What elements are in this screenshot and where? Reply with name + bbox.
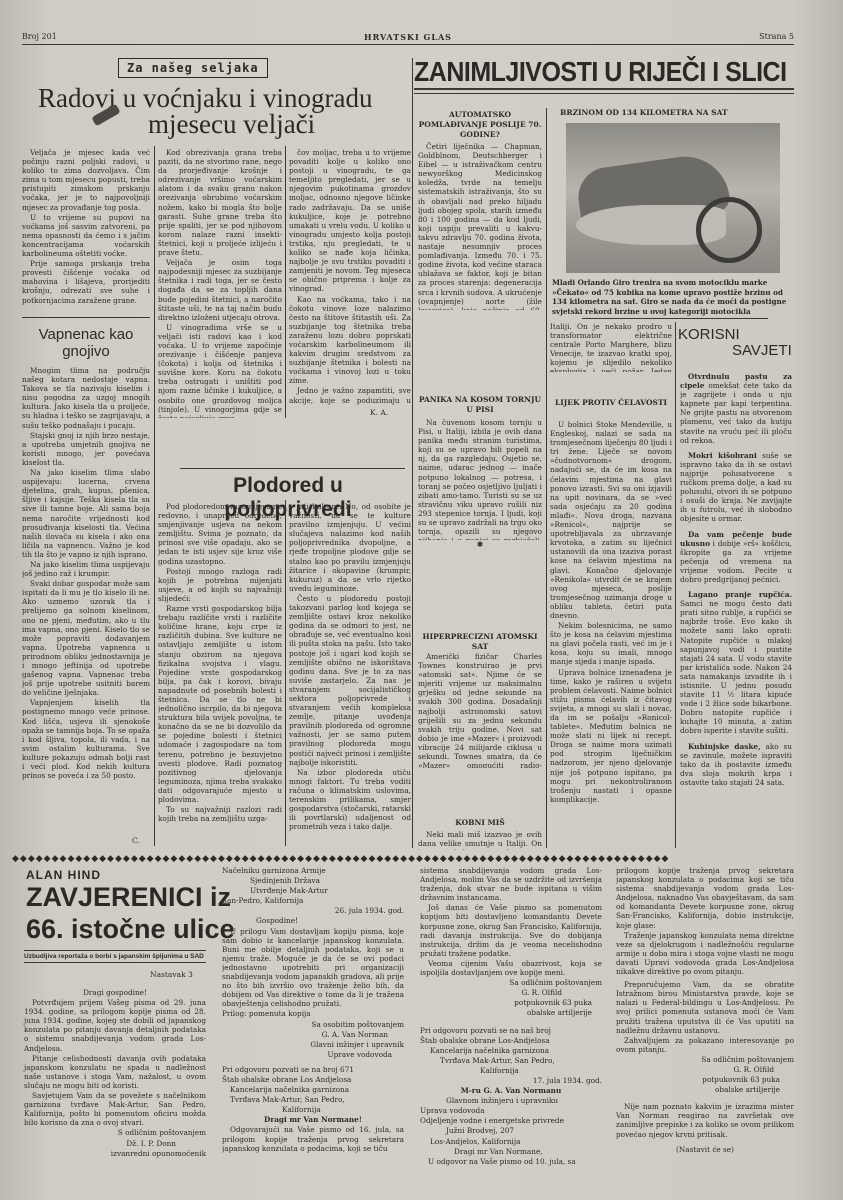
photo-title: BRZINOM OD 134 KILOMETRA NA SAT bbox=[560, 108, 790, 118]
photo-caption: Mladi Orlando Giro trenira na svom motoc… bbox=[552, 278, 790, 316]
tip: Da vam pečenje bude ukusno i dobije »rš«… bbox=[680, 530, 792, 585]
mis-body-continued: Italiji. On je nekako prodro u transform… bbox=[550, 322, 672, 372]
pomladivanje-body: Četiri liječnika — Chapman, Goldblnom, D… bbox=[418, 142, 542, 310]
savjeti-title-1: KORISNI bbox=[678, 326, 740, 343]
article-col-2: Kod obrezivanja grana treba paziti, da n… bbox=[158, 148, 282, 418]
savjeti-title-2: SAVJETI bbox=[732, 342, 792, 359]
serial-col-4: prilogom kopije traženja prvog sekretara… bbox=[616, 866, 794, 1182]
newspaper-name: HRVATSKI GLAS bbox=[22, 32, 794, 42]
serial-col-2: Načelniku garnizona Armije Sjedinjenih D… bbox=[222, 866, 404, 1182]
pomladivanje-title: AUTOMATSKO POMLAĐIVANJE POSLIJE 70. GODI… bbox=[418, 110, 542, 140]
plodored-col-2: jati kulture. No, od osobite je važnosti… bbox=[289, 502, 411, 842]
newspaper-page: Broj 201 HRVATSKI GLAS Strana 5 Za našeg… bbox=[0, 0, 843, 1200]
serial-col-3: sistema snabdijevanja vodom grada Los-An… bbox=[420, 866, 602, 1182]
mis-title: KOBNI MIŠ bbox=[418, 818, 542, 828]
mis-body-start: Neki mali miš izazvao je ovih dana velik… bbox=[418, 830, 542, 850]
serial-subtitle: Uzbudljiva reportaža o borbi s japanskim… bbox=[24, 950, 206, 963]
tip: Lagano pranje rupčića. Samci ne mogu čes… bbox=[680, 590, 792, 736]
tip: Mokri kišobrani suše se ispravno tako da… bbox=[680, 451, 792, 524]
pisa-body: Na čuvenom kosom tornju u Pisi, u Italij… bbox=[418, 418, 542, 540]
plodored-col-1: Pod plodoredom razumijevamo redovno, i u… bbox=[158, 502, 282, 842]
serial-col-1: Dragi gospodine! Potvrđujem prijem Vašeg… bbox=[24, 988, 206, 1159]
motorcycle-photo bbox=[566, 123, 780, 273]
serial-installment: Nastavak 3 bbox=[150, 970, 193, 979]
serial-author: ALAN HIND bbox=[26, 868, 101, 882]
page-header: Broj 201 HRVATSKI GLAS Strana 5 bbox=[22, 30, 794, 45]
sidebar-body: Mnogim tlima na području našeg kotara ne… bbox=[22, 366, 150, 834]
atomski-title: HIPERPRECIZNI ATOMSKI SAT bbox=[418, 632, 542, 652]
article-title-line2: mjesecu veljači bbox=[148, 110, 315, 138]
section-kicker: Za našeg seljaka bbox=[118, 58, 268, 78]
tip: Otvrdnulu pastu za cipele omekšat ćete t… bbox=[680, 372, 792, 445]
serial-title-line1: ZAVJERENICI iz bbox=[26, 882, 231, 912]
article-signature: K. A. bbox=[370, 408, 388, 417]
atomski-body: Američki fizičar Charles Townes konstrui… bbox=[418, 652, 542, 768]
celavost-body: U bolnici Stoke Mendeville, u Engleskoj,… bbox=[550, 420, 672, 848]
tip: Kuhinjske daske, ako su se zavinule, mož… bbox=[680, 742, 792, 787]
article-title-line1: Radovi u voćnjaku i vinogradu bbox=[38, 84, 372, 112]
article-col-3: čov moljac, treba u to vrijeme povaditi … bbox=[289, 148, 411, 406]
section-banner: ZANIMLJIVOSTI U RIJEČI I SLICI bbox=[414, 57, 794, 89]
sidebar-title: Vapnenac kao gnojivo bbox=[22, 326, 150, 360]
savjeti-body: Otvrdnulu pastu za cipele omekšat ćete t… bbox=[680, 372, 792, 848]
page-number: Strana 5 bbox=[759, 32, 794, 41]
section-divider: ◆◆◆◆◆◆◆◆◆◆◆◆◆◆◆◆◆◆◆◆◆◆◆◆◆◆◆◆◆◆◆◆◆◆◆◆◆◆◆◆… bbox=[12, 855, 792, 863]
serial-title-line2: 66. istočne ulice bbox=[26, 914, 235, 944]
pisa-title: PANIKA NA KOSOM TORNJU U PISI bbox=[418, 395, 542, 415]
article-col-1: Veljača je mjesec kada već počinju razni… bbox=[22, 148, 150, 306]
separator-star: ✱ bbox=[418, 540, 542, 549]
sidebar-signature: C. bbox=[132, 836, 140, 845]
celavost-title: LIJEK PROTIV ĆELAVOSTI bbox=[550, 398, 672, 408]
